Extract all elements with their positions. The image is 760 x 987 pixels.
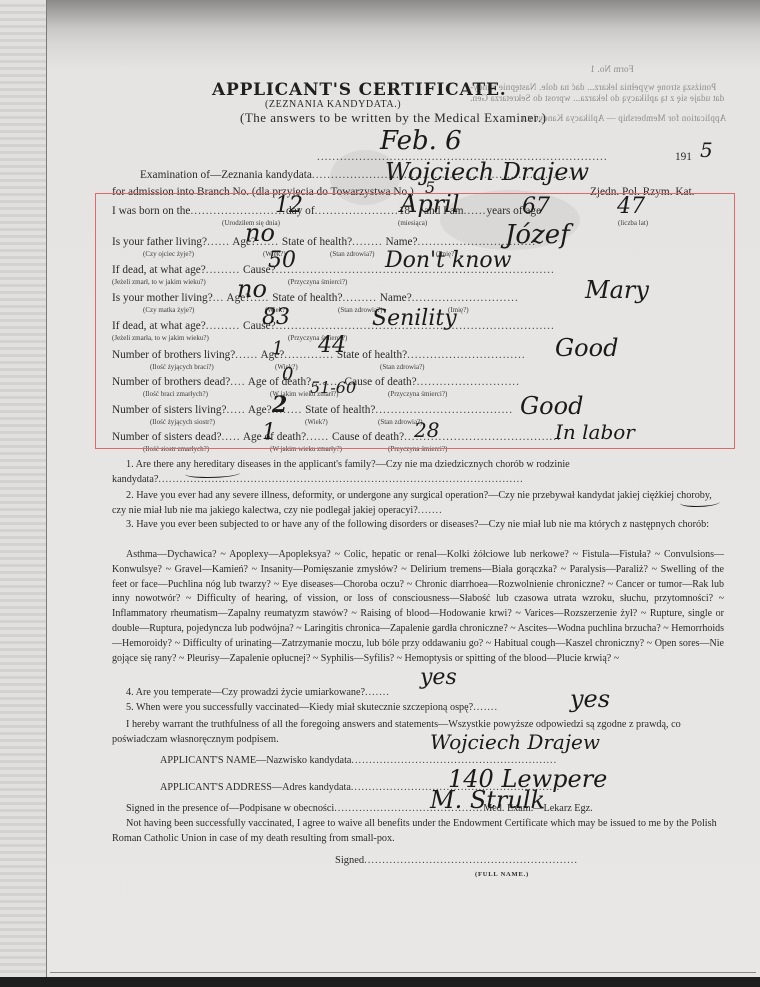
age-sublabel: (liczba lat) xyxy=(618,219,648,227)
brothers-age-value: 44 xyxy=(318,333,346,358)
document-subtitle: (ZEZNANIA KANDYDATA.) xyxy=(265,99,401,110)
question-5-value: yes xyxy=(570,685,610,713)
scan-left-margin xyxy=(0,0,47,987)
sisters-death-age-sublabel: (W jakim wieku zmarły?) xyxy=(270,445,342,453)
father-health-sublabel: (Stan zdrowia?) xyxy=(330,250,375,258)
mother-living-value: no xyxy=(237,275,267,303)
warrant-statement: I hereby warrant the truthfulness of all… xyxy=(112,718,724,747)
sisters-health-label: State of health? xyxy=(305,404,375,416)
examination-value: Wojciech Drajew xyxy=(385,158,589,186)
date-year-prefix: 191 xyxy=(675,151,692,163)
father-health-label: State of health? xyxy=(282,236,352,248)
brothers-health-sublabel: (Stan zdrowia?) xyxy=(380,363,425,371)
question-5: 5. When were you successfully vaccinated… xyxy=(126,701,738,716)
father-name-value: Józef xyxy=(505,220,570,250)
father-dead-age-label: If dead, at what age? xyxy=(112,264,206,276)
mother-dead-age-label: If dead, at what age? xyxy=(112,320,206,332)
sisters-health-value: Good xyxy=(520,392,583,420)
waiver-text: Not having been successfully vaccinated,… xyxy=(112,818,717,844)
brothers-living-row: Number of brothers living?...... Age?...… xyxy=(112,349,724,361)
father-dead-age-sublabel: (Jeżeli zmarł, to w jakim wieku?) xyxy=(112,278,206,286)
sisters-living-row: Number of sisters living?..... Age?.....… xyxy=(112,404,724,416)
brothers-dead-sublabel: (Ilość braci zmarłych?) xyxy=(143,390,208,398)
date-year-handwritten: 5 xyxy=(700,138,713,162)
mother-name-label: Name? xyxy=(380,292,412,304)
birth-month-value: April xyxy=(400,190,460,218)
brothers-dead-row: Number of brothers dead?.... Age of deat… xyxy=(112,376,724,388)
sisters-dead-value: 1 xyxy=(262,420,276,445)
sisters-dead-label: Number of sisters dead? xyxy=(112,431,221,443)
mother-name-value: Mary xyxy=(585,276,649,304)
question-4-value: yes xyxy=(420,665,457,690)
form-number: Form No. 1 xyxy=(590,64,634,74)
mother-living-sublabel: (Czy matka żyje?) xyxy=(143,306,194,314)
brothers-living-sublabel: (Ilość żyjących braci?) xyxy=(150,363,214,371)
question-3-intro: 3. Have you ever been subjected to or ha… xyxy=(112,518,724,533)
branch-label: for admission into Branch No. (dla przyj… xyxy=(112,186,414,198)
signed-label: Signed xyxy=(335,855,364,866)
applicant-address-label: APPLICANT'S ADDRESS—Adres kandydata xyxy=(160,782,351,793)
sisters-death-age-value: 28 xyxy=(414,418,439,442)
mother-living-label: Is your mother living? xyxy=(112,292,213,304)
brothers-dead-value: 0 xyxy=(282,364,293,385)
sisters-cause-sublabel: (Przyczyna śmierci?) xyxy=(388,445,447,453)
sisters-cause-value: In labor xyxy=(555,420,635,444)
date-handwritten: Feb. 6 xyxy=(380,126,462,156)
brothers-dead-label: Number of brothers dead? xyxy=(112,376,230,388)
brothers-death-age-label: Age of death? xyxy=(248,376,311,388)
mother-dead-age-value: 83 xyxy=(262,305,290,330)
bleed-through-text: Application for Membership — Aplikacya K… xyxy=(520,113,726,123)
applicant-name-label: APPLICANT'S NAME—Nazwisko kandydata xyxy=(160,755,351,766)
question-3-text: 3. Have you ever been subjected to or ha… xyxy=(126,519,709,530)
mother-cause-value: Senility xyxy=(372,306,457,331)
sisters-dead-sublabel: (Ilość siostr zmarłych?) xyxy=(143,445,209,453)
scan-bottom-edge xyxy=(0,977,760,987)
father-name-label: Name? xyxy=(386,236,418,248)
father-dead-age-value: 50 xyxy=(268,248,296,273)
examination-label: Examination of—Zeznania kandydata xyxy=(140,169,312,181)
sisters-living-sublabel: (Ilość żyjących siostr?) xyxy=(150,418,215,426)
disease-list: Asthma—Dychawica? ~ Apoplexy—Apopleksya?… xyxy=(112,548,724,666)
bleed-through-text: dat udaje się z tą aplikacyą do lekarza.… xyxy=(470,93,724,103)
birth-year-value: 67 xyxy=(522,194,550,219)
sisters-age-value: 51-60 xyxy=(310,378,356,397)
father-living-label: Is your father living? xyxy=(112,236,207,248)
brothers-health-label: State of health? xyxy=(337,349,407,361)
birth-month-sublabel: (miesiąca) xyxy=(398,219,427,227)
bleed-through-text: Poniższą stronę wypełnia lekarz... dać n… xyxy=(470,82,716,92)
mother-dead-age-sublabel: (Jeżeli zmarła, to w jakim wieku?) xyxy=(112,334,209,342)
father-living-sublabel: (Czy ojciec żyje?) xyxy=(143,250,194,258)
brothers-cause-sublabel: (Przyczyna śmierci?) xyxy=(388,390,447,398)
brothers-living-value: 1 xyxy=(272,338,283,359)
document-page: Form No. 1 Poniższą stronę wypełnia leka… xyxy=(0,0,760,987)
presence-label: Signed in the presence of—Podpisane w ob… xyxy=(126,803,334,814)
sisters-cause-label: Cause of death? xyxy=(332,431,404,443)
question-2: 2. Have you ever had any severe illness,… xyxy=(112,489,724,518)
brothers-living-label: Number of brothers living? xyxy=(112,349,235,361)
father-living-row: Is your father living?...... Age?...... … xyxy=(112,236,724,248)
question-4-text: 4. Are you temperate—Czy prowadzi życie … xyxy=(126,687,365,698)
sisters-age-label: Age? xyxy=(248,404,272,416)
father-living-value: no xyxy=(245,219,275,247)
mother-health-label: State of health? xyxy=(272,292,342,304)
father-cause-sublabel: (Przyczyna śmierci?) xyxy=(288,278,347,286)
document-title: APPLICANT'S CERTIFICATE. xyxy=(212,80,506,100)
full-name-caption: (FULL NAME.) xyxy=(475,868,595,883)
sisters-age-sublabel: (Wiek?) xyxy=(305,418,328,426)
signed-row: Signed..................................… xyxy=(335,854,725,869)
birth-label: I was born on the xyxy=(112,205,190,217)
sisters-living-value: 2 xyxy=(272,392,287,418)
applicant-name-row: APPLICANT'S NAME—Nazwisko kandydata.....… xyxy=(160,754,724,769)
presence-row: Signed in the presence of—Podpisane w ob… xyxy=(126,802,724,817)
document-instructions: (The answers to be written by the Medica… xyxy=(240,110,547,126)
examiner-signature: M. Strulk xyxy=(430,786,545,814)
sisters-living-label: Number of sisters living? xyxy=(112,404,227,416)
question-2-text: 2. Have you ever had any severe illness,… xyxy=(112,490,712,516)
waiver-statement: Not having been successfully vaccinated,… xyxy=(112,817,724,846)
father-cause-value: Don't know xyxy=(385,248,512,273)
applicant-signature: Wojciech Drajew xyxy=(430,730,600,754)
brothers-health-value: Good xyxy=(555,334,618,362)
disease-list-text: Asthma—Dychawica? ~ Apoplexy—Apopleksya?… xyxy=(112,549,724,664)
birth-day-value: 12 xyxy=(275,193,303,218)
question-5-text: 5. When were you successfully vaccinated… xyxy=(126,702,473,713)
age-value: 47 xyxy=(617,194,645,219)
